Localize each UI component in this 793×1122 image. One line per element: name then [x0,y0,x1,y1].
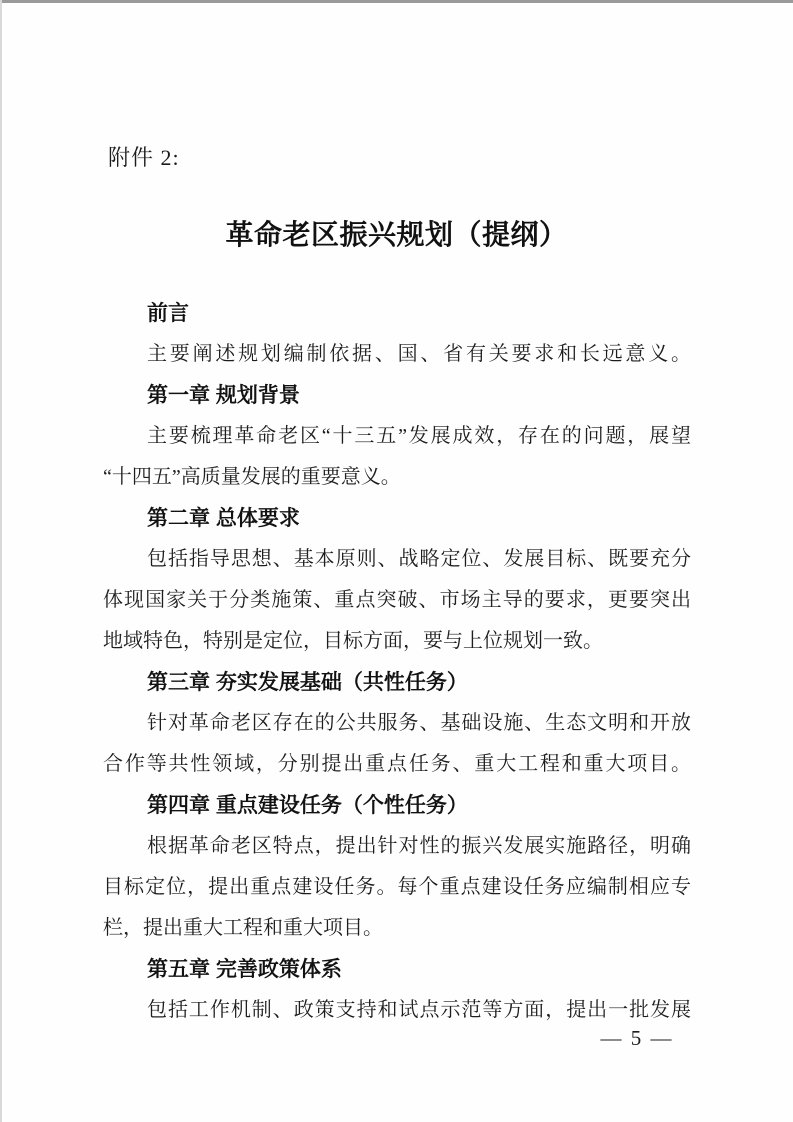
body-line: 主要阐述规划编制依据、国、省有关要求和长远意义。 [103,334,691,375]
chapter-heading: 第一章 规划背景 [103,375,691,416]
body-line: 栏，提出重大工程和重大项目。 [103,908,691,949]
document-page: 附件 2: 革命老区振兴规划（提纲） 前言主要阐述规划编制依据、国、省有关要求和… [0,0,793,1122]
scan-edge-top [0,0,793,3]
body-line: 合作等共性领域，分别提出重点任务、重大工程和重大项目。 [103,744,691,785]
chapter-heading: 第四章 重点建设任务（个性任务） [103,785,691,826]
body-line: 包括指导思想、基本原则、战略定位、发展目标、既要充分 [103,539,691,580]
attachment-label: 附件 2: [108,141,180,172]
body-line: 地域特色，特别是定位，目标方面，要与上位规划一致。 [103,621,691,662]
scan-edge-left [0,0,2,1122]
body-line: 体现国家关于分类施策、重点突破、市场主导的要求，更要突出 [103,580,691,621]
body-line: 针对革命老区存在的公共服务、基础设施、生态文明和开放 [103,703,691,744]
body-line: 包括工作机制、政策支持和试点示范等方面，提出一批发展 [103,990,691,1031]
chapter-heading: 第五章 完善政策体系 [103,949,691,990]
body-line: 目标定位，提出重点建设任务。每个重点建设任务应编制相应专 [103,867,691,908]
chapter-heading: 第三章 夯实发展基础（共性任务） [103,662,691,703]
chapter-heading: 第二章 总体要求 [103,498,691,539]
chapter-heading: 前言 [103,293,691,334]
body-line: “十四五”高质量发展的重要意义。 [103,457,691,498]
body-line: 主要梳理革命老区“十三五”发展成效，存在的问题，展望 [103,416,691,457]
document-title: 革命老区振兴规划（提纲） [0,213,793,253]
document-body: 前言主要阐述规划编制依据、国、省有关要求和长远意义。第一章 规划背景主要梳理革命… [103,293,691,1031]
page-number: — 5 — [597,1026,677,1051]
body-line: 根据革命老区特点，提出针对性的振兴发展实施路径，明确 [103,826,691,867]
